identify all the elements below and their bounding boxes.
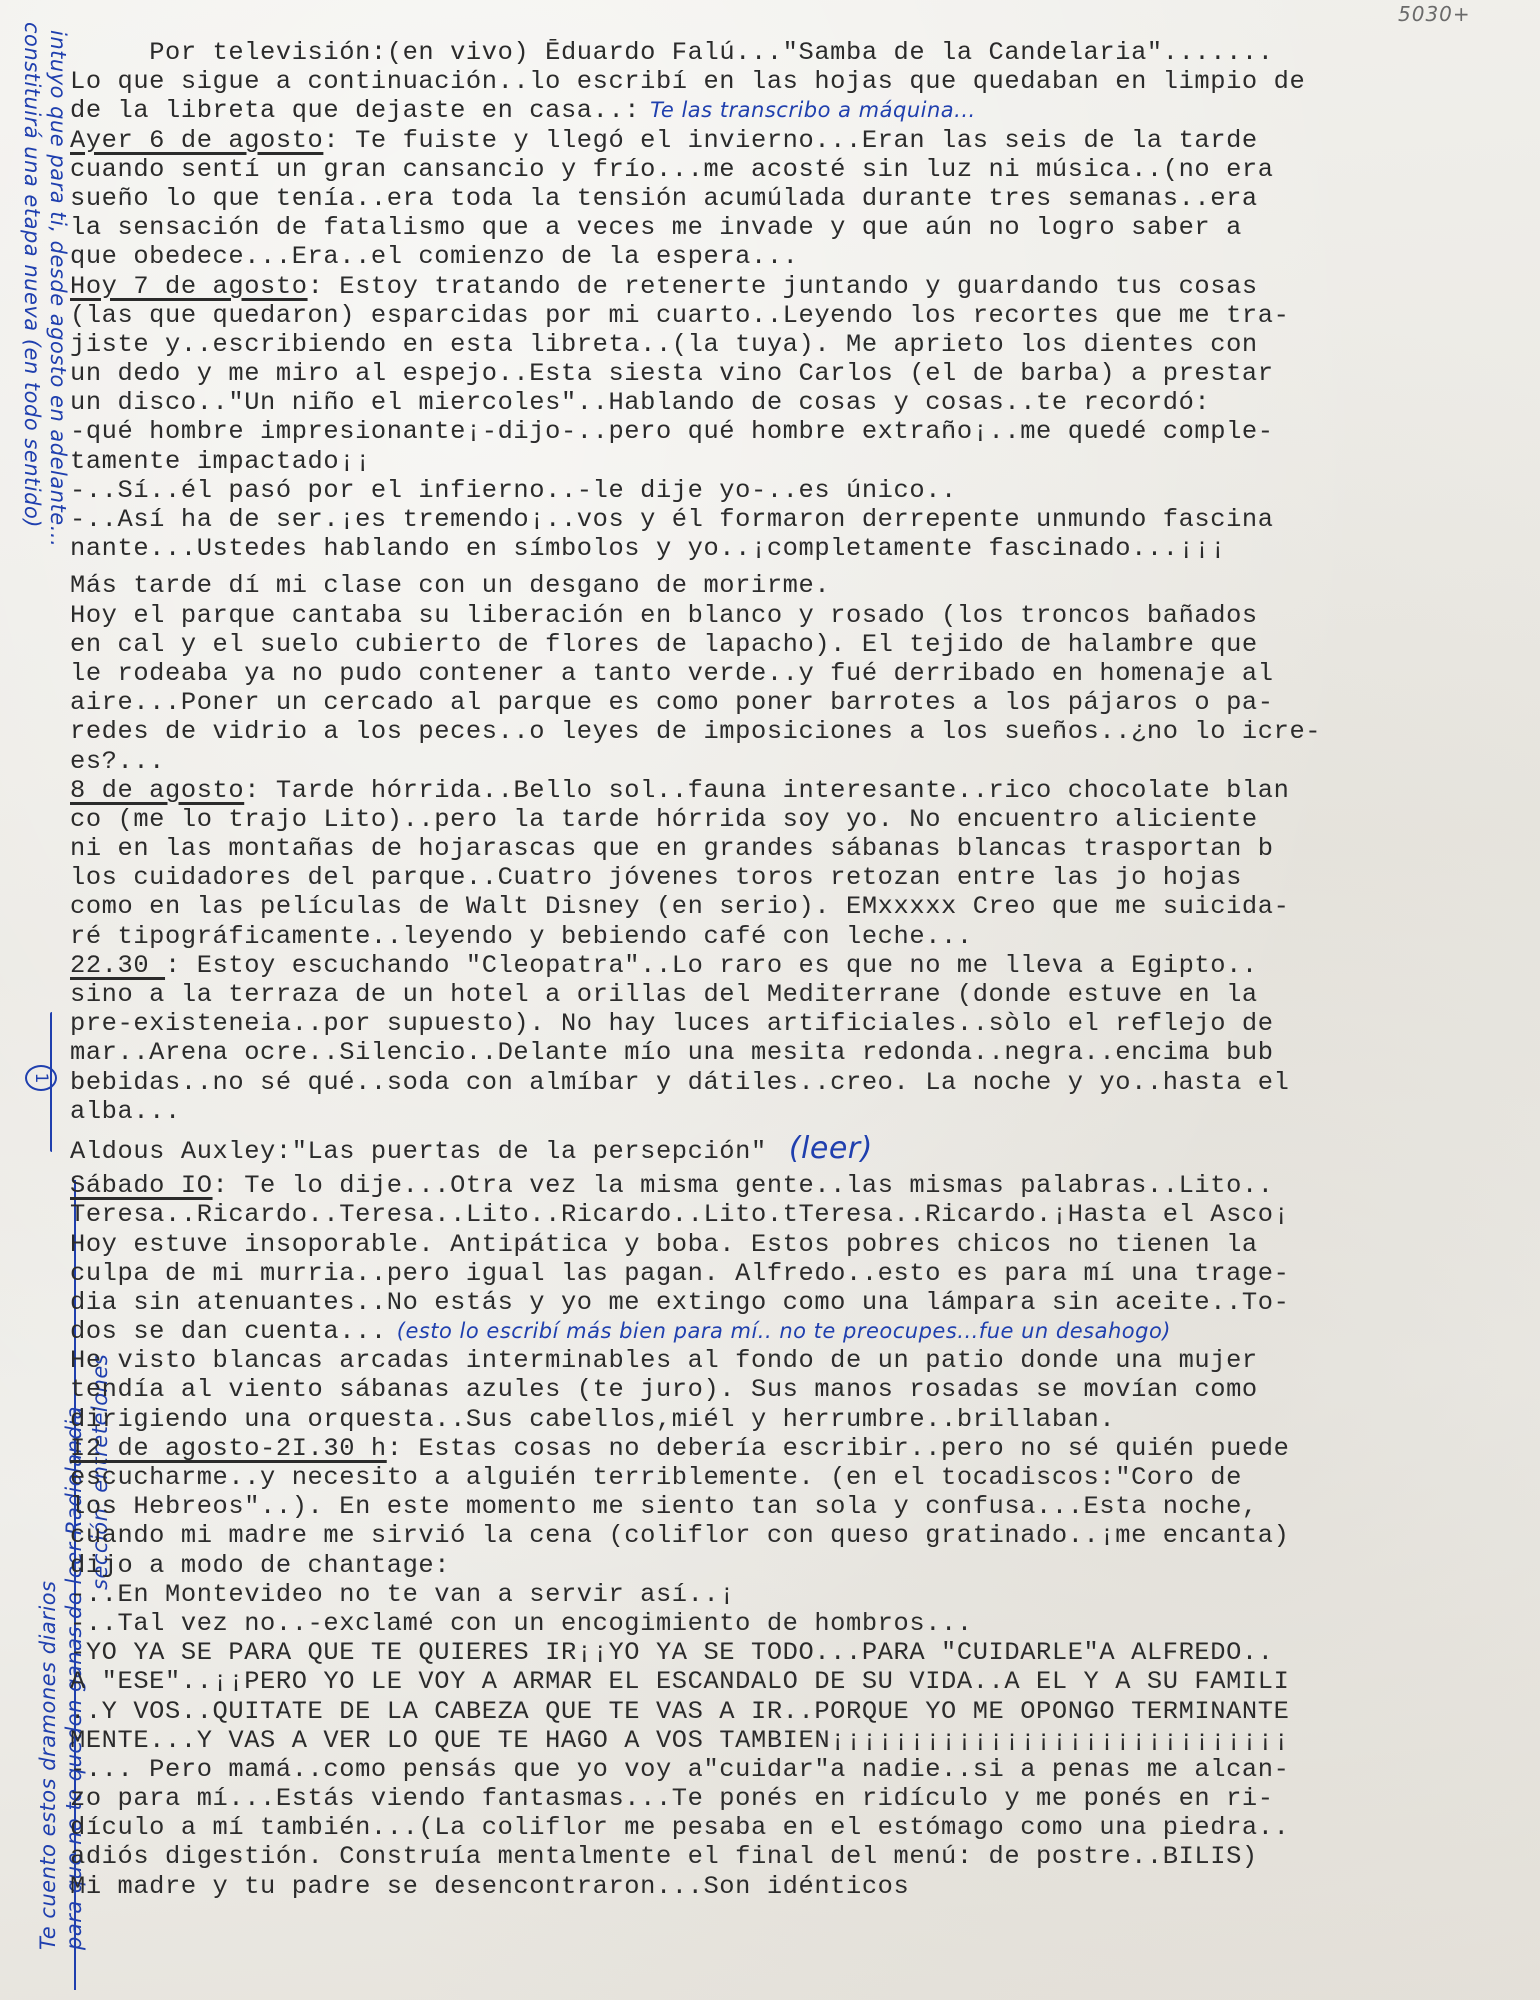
typed-line: la sensación de fatalismo que a veces me…	[70, 213, 1540, 242]
typed-line: zo para mí...Estás viendo fantasmas...Te…	[70, 1784, 1540, 1813]
typed-text: es?...	[70, 747, 165, 776]
typed-line: redes de vidrio a los peces..o leyes de …	[70, 717, 1540, 746]
typed-text: Lo que sigue a continuación..lo escribí …	[70, 67, 1305, 96]
entry-date-heading: Hoy 7 de agosto	[70, 272, 308, 301]
typed-text: la sensación de fatalismo que a veces me…	[70, 213, 1242, 242]
typed-line: un disco.."Un niño el miercoles"..Hablan…	[70, 388, 1540, 417]
typed-line: -qué hombre impresionante¡-dijo-..pero q…	[70, 417, 1540, 446]
typed-line: Hoy estuve insoporable. Antipática y bob…	[70, 1230, 1540, 1259]
typed-line: -..Así ha de ser.¡es tremendo¡..vos y él…	[70, 505, 1540, 534]
typed-text: MENTE...Y VAS A VER LO QUE TE HAGO A VOS…	[70, 1726, 1289, 1755]
typed-text-body: Por televisión:(en vivo) Ēduardo Falú...…	[70, 38, 1540, 1901]
typed-line: Sábado IO: Te lo dije...Otra vez la mism…	[70, 1171, 1540, 1200]
typed-line: jiste y..escribiendo en esta libreta..(l…	[70, 330, 1540, 359]
typed-text: dos se dan cuenta...	[70, 1317, 387, 1346]
typed-line: un dedo y me miro al espejo..Esta siesta…	[70, 359, 1540, 388]
typed-text: bebidas..no sé qué..soda con almíbar y d…	[70, 1068, 1289, 1097]
typed-text: en cal y el suelo cubierto de flores de …	[70, 630, 1258, 659]
typed-text: que obedece...Era..el comienzo de la esp…	[70, 242, 799, 271]
typed-line: dia sin atenuantes..No estás y yo me ext…	[70, 1288, 1540, 1317]
typed-line: -..En Montevideo no te van a servir así.…	[70, 1580, 1540, 1609]
typed-text: le rodeaba ya no pudo contener a tanto v…	[70, 659, 1274, 688]
typed-line: co (me lo trajo Lito)..pero la tarde hór…	[70, 805, 1540, 834]
typed-line: Por televisión:(en vivo) Ēduardo Falú...…	[70, 38, 1540, 67]
entry-date-heading: 22.30	[70, 951, 165, 980]
typed-text: de la libreta que dejaste en casa..:	[70, 96, 640, 125]
typed-line: dículo a mí también...(La coliflor me pe…	[70, 1813, 1540, 1842]
typed-line: Hoy el parque cantaba su liberación en b…	[70, 601, 1540, 630]
typed-text: Mi madre y tu padre se desencontraron...…	[70, 1872, 909, 1901]
typed-line: pre-existeneia..por supuesto). No hay lu…	[70, 1009, 1540, 1038]
typed-text: como en las películas de Walt Disney (en…	[70, 892, 1289, 921]
typed-line: A "ESE"..¡¡PERO YO LE VOY A ARMAR EL ESC…	[70, 1667, 1540, 1696]
handwritten-annotation: (esto lo escribí más bien para mí.. no t…	[397, 1319, 1171, 1343]
catalog-number: 5030+	[1398, 2, 1471, 26]
typed-text: : Estoy escuchando "Cleopatra"..Lo raro …	[165, 951, 1258, 980]
typed-text: adiós digestión. Construía mentalmente e…	[70, 1842, 1258, 1871]
paragraph-gap	[70, 1163, 1540, 1171]
typed-text: (las que quedaron) esparcidas por mi cua…	[70, 301, 1289, 330]
typed-text: -qué hombre impresionante¡-dijo-..pero q…	[70, 417, 1274, 446]
typed-text: jiste y..escribiendo en esta libreta..(l…	[70, 330, 1258, 359]
typed-line: como en las películas de Walt Disney (en…	[70, 892, 1540, 921]
typed-line: los Hebreos"..). En este momento me sien…	[70, 1492, 1540, 1521]
typed-line: Más tarde dí mi clase con un desgano de …	[70, 571, 1540, 600]
typed-text: -..En Montevideo no te van a servir así.…	[70, 1580, 735, 1609]
typed-line: nante...Ustedes hablando en símbolos y y…	[70, 534, 1540, 563]
typed-text: redes de vidrio a los peces..o leyes de …	[70, 717, 1321, 746]
typed-line: escucharme..y necesito a alguién terribl…	[70, 1463, 1540, 1492]
typed-line: MENTE...Y VAS A VER LO QUE TE HAGO A VOS…	[70, 1726, 1540, 1755]
typed-line: I2 de agosto-2I.30 h: Estas cosas no deb…	[70, 1434, 1540, 1463]
typed-text: : Estoy tratando de retenerte juntando y…	[308, 272, 1258, 301]
typed-text: alba...	[70, 1097, 181, 1126]
typed-line: cuando sentí un gran cansancio y frío...…	[70, 155, 1540, 184]
typed-line: He visto blancas arcadas interminables a…	[70, 1346, 1540, 1375]
typed-text: Hoy estuve insoporable. Antipática y bob…	[70, 1230, 1258, 1259]
typed-text: mar..Arena ocre..Silencio..Delante mío u…	[70, 1038, 1274, 1067]
typed-line: tendía al viento sábanas azules (te juro…	[70, 1375, 1540, 1404]
typed-text: : Te fuiste y llegó el invierno...Eran l…	[323, 126, 1257, 155]
typed-text: : Te lo dije...Otra vez la misma gente..…	[213, 1171, 1274, 1200]
typed-line: culpa de mi murria..pero igual las pagan…	[70, 1259, 1540, 1288]
circled-number: 1	[25, 1065, 57, 1091]
typed-line: cuando mi madre me sirvió la cena (colif…	[70, 1521, 1540, 1550]
typed-line: sino a la terraza de un hotel a orillas …	[70, 980, 1540, 1009]
typed-text: culpa de mi murria..pero igual las pagan…	[70, 1259, 1289, 1288]
typed-line: aire...Poner un cercado al parque es com…	[70, 688, 1540, 717]
paragraph-gap	[70, 563, 1540, 571]
typed-line: -... Pero mamá..como pensás que yo voy a…	[70, 1755, 1540, 1784]
typed-line: de la libreta que dejaste en casa..:Te l…	[70, 96, 1540, 125]
typed-line: alba...	[70, 1097, 1540, 1126]
typed-text: -..Así ha de ser.¡es tremendo¡..vos y él…	[70, 505, 1274, 534]
typed-text: cuando sentí un gran cansancio y frío...…	[70, 155, 1274, 184]
typed-line: ni en las montañas de hojarascas que en …	[70, 834, 1540, 863]
typed-line: (las que quedaron) esparcidas por mi cua…	[70, 301, 1540, 330]
typed-line: 22.30 : Estoy escuchando "Cleopatra"..Lo…	[70, 951, 1540, 980]
margin-bracket-upper	[50, 1012, 52, 1152]
document-page: 5030+ intuyo que para ti, desde agosto e…	[0, 0, 1540, 2000]
typed-line: Hoy 7 de agosto: Estoy tratando de reten…	[70, 272, 1540, 301]
typed-text: dículo a mí también...(La coliflor me pe…	[70, 1813, 1289, 1842]
typed-line: ré tipográficamente..leyendo y bebiendo …	[70, 922, 1540, 951]
typed-line: Lo que sigue a continuación..lo escribí …	[70, 67, 1540, 96]
typed-line: sueño lo que tenía..era toda la tensión …	[70, 184, 1540, 213]
typed-line: Teresa..Ricardo..Teresa..Lito..Ricardo..…	[70, 1200, 1540, 1229]
typed-line: tamente impactado¡¡	[70, 447, 1540, 476]
typed-text: -..Sí..él pasó por el infierno..-le dije…	[70, 476, 957, 505]
typed-text: Teresa..Ricardo..Teresa..Lito..Ricardo..…	[70, 1200, 1289, 1229]
typed-text: nante...Ustedes hablando en símbolos y y…	[70, 534, 1226, 563]
typed-line: los cuidadores del parque..Cuatro jóvene…	[70, 863, 1540, 892]
typed-line: que obedece...Era..el comienzo de la esp…	[70, 242, 1540, 271]
typed-line: ..Y VOS..QUITATE DE LA CABEZA QUE TE VAS…	[70, 1697, 1540, 1726]
typed-text: Más tarde dí mi clase con un desgano de …	[70, 571, 830, 600]
typed-text: dijo a modo de chantage:	[70, 1551, 450, 1580]
entry-date-heading: I2 de agosto-2I.30 h	[70, 1434, 387, 1463]
typed-text: Hoy el parque cantaba su liberación en b…	[70, 601, 1258, 630]
typed-text: dirigiendo una orquesta..Sus cabellos,mi…	[70, 1405, 1115, 1434]
typed-text: los Hebreos"..). En este momento me sien…	[70, 1492, 1258, 1521]
typed-line: dijo a modo de chantage:	[70, 1551, 1540, 1580]
typed-line: -..Sí..él pasó por el infierno..-le dije…	[70, 476, 1540, 505]
typed-text: Aldous Auxley:"Las puertas de la persepc…	[70, 1137, 767, 1166]
typed-line: dirigiendo una orquesta..Sus cabellos,mi…	[70, 1405, 1540, 1434]
typed-text: ..Y VOS..QUITATE DE LA CABEZA QUE TE VAS…	[70, 1697, 1289, 1726]
typed-line: en cal y el suelo cubierto de flores de …	[70, 630, 1540, 659]
typed-text: un dedo y me miro al espejo..Esta siesta…	[70, 359, 1274, 388]
typed-text: tamente impactado¡¡	[70, 447, 371, 476]
handwritten-annotation: Te las transcribo a máquina...	[650, 98, 976, 122]
entry-date-heading: Ayer 6 de agosto	[70, 126, 323, 155]
typed-line: dos se dan cuenta...(esto lo escribí más…	[70, 1317, 1540, 1346]
margin-note-top-2: constituirá una etapa nueva (en todo sen…	[20, 22, 44, 528]
typed-text: ni en las montañas de hojarascas que en …	[70, 834, 1274, 863]
typed-text: pre-existeneia..por supuesto). No hay lu…	[70, 1009, 1274, 1038]
typed-line: -YO YA SE PARA QUE TE QUIERES IR¡¡YO YA …	[70, 1638, 1540, 1667]
typed-text: -..Tal vez no..-exclamé con un encogimie…	[70, 1609, 973, 1638]
typed-text: ré tipográficamente..leyendo y bebiendo …	[70, 922, 973, 951]
typed-text: Por televisión:(en vivo) Ēduardo Falú...…	[149, 38, 1273, 67]
margin-note-top-1: intuyo que para ti, desde agosto en adel…	[46, 30, 70, 547]
typed-line: es?...	[70, 747, 1540, 776]
typed-text: sino a la terraza de un hotel a orillas …	[70, 980, 1258, 1009]
typed-line: bebidas..no sé qué..soda con almíbar y d…	[70, 1068, 1540, 1097]
typed-line: le rodeaba ya no pudo contener a tanto v…	[70, 659, 1540, 688]
typed-text: cuando mi madre me sirvió la cena (colif…	[70, 1521, 1289, 1550]
typed-text: -YO YA SE PARA QUE TE QUIERES IR¡¡YO YA …	[70, 1638, 1274, 1667]
typed-text: un disco.."Un niño el miercoles"..Hablan…	[70, 388, 1210, 417]
typed-text: co (me lo trajo Lito)..pero la tarde hór…	[70, 805, 1258, 834]
handwritten-annotation: (leer)	[789, 1131, 873, 1166]
typed-text: : Tarde hórrida..Bello sol..fauna intere…	[244, 776, 1289, 805]
entry-date-heading: Sábado IO	[70, 1171, 213, 1200]
typed-line: Aldous Auxley:"Las puertas de la persepc…	[70, 1134, 1540, 1163]
typed-text: -... Pero mamá..como pensás que yo voy a…	[70, 1755, 1289, 1784]
margin-note-bottom-1: Te cuento estos dramones diarios	[36, 1580, 60, 1950]
typed-line: -..Tal vez no..-exclamé con un encogimie…	[70, 1609, 1540, 1638]
typed-text: He visto blancas arcadas interminables a…	[70, 1346, 1258, 1375]
typed-text: : Estas cosas no debería escribir..pero …	[387, 1434, 1290, 1463]
typed-line: Mi madre y tu padre se desencontraron...…	[70, 1872, 1540, 1901]
typed-line: Ayer 6 de agosto: Te fuiste y llegó el i…	[70, 126, 1540, 155]
typed-text: sueño lo que tenía..era toda la tensión …	[70, 184, 1258, 213]
typed-text: dia sin atenuantes..No estás y yo me ext…	[70, 1288, 1289, 1317]
typed-text: los cuidadores del parque..Cuatro jóvene…	[70, 863, 1242, 892]
typed-line: mar..Arena ocre..Silencio..Delante mío u…	[70, 1038, 1540, 1067]
typed-text: zo para mí...Estás viendo fantasmas...Te…	[70, 1784, 1274, 1813]
typed-text: A "ESE"..¡¡PERO YO LE VOY A ARMAR EL ESC…	[70, 1667, 1289, 1696]
typed-text: tendía al viento sábanas azules (te juro…	[70, 1375, 1258, 1404]
typed-line: adiós digestión. Construía mentalmente e…	[70, 1842, 1540, 1871]
typed-line: 8 de agosto: Tarde hórrida..Bello sol..f…	[70, 776, 1540, 805]
typed-text: aire...Poner un cercado al parque es com…	[70, 688, 1274, 717]
entry-date-heading: 8 de agosto	[70, 776, 244, 805]
typed-text: escucharme..y necesito a alguién terribl…	[70, 1463, 1242, 1492]
